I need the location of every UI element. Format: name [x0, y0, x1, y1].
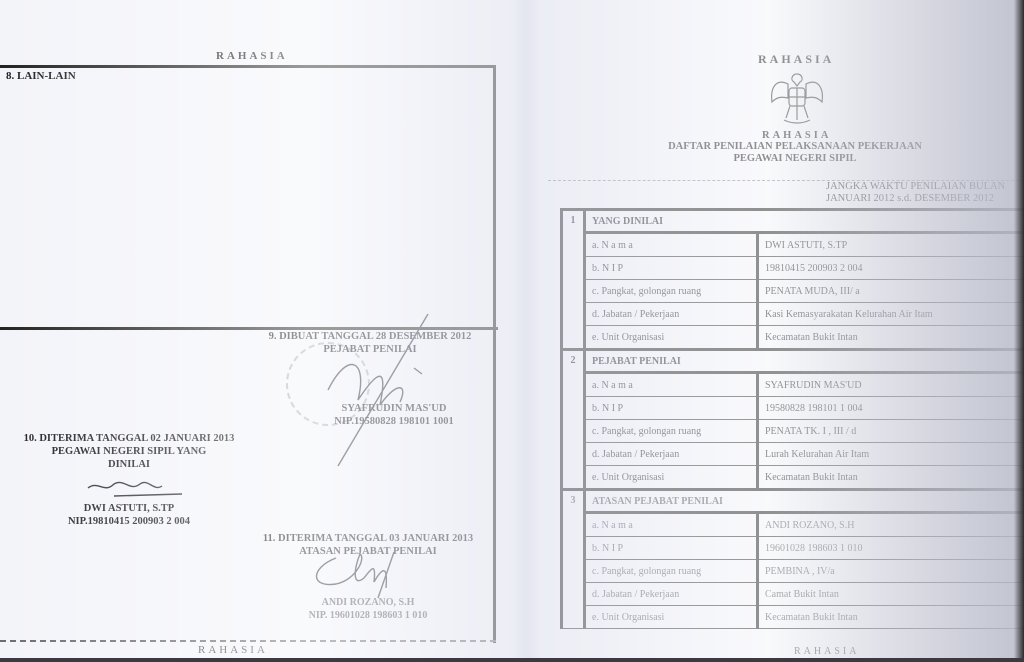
left-header-classification: RAHASIA [216, 50, 288, 62]
table-row: a. N a m aDWI ASTUTI, S.TP [562, 233, 1024, 257]
right-subheader-classification: RAHASIA [762, 130, 831, 141]
field-label: c. Pangkat, golongan ruang [585, 560, 758, 583]
field-label: e. Unit Organisasi [585, 466, 758, 490]
section-10-date: 10. DITERIMA TANGGAL 02 JANUARI 2013 [4, 432, 254, 445]
field-label: e. Unit Organisasi [585, 326, 758, 350]
table-row: b. N I P19810415 200903 2 004 [562, 257, 1024, 280]
section-number: 2 [562, 350, 585, 490]
field-label: d. Jabatan / Pekerjaan [585, 583, 758, 606]
section-10-heading: 10. DITERIMA TANGGAL 02 JANUARI 2013 PEG… [4, 432, 254, 471]
field-value: Kecamatan Bukit Intan [758, 326, 1024, 350]
field-value: Camat Bukit Intan [758, 583, 1024, 606]
field-label: e. Unit Organisasi [585, 606, 758, 629]
table-row: c. Pangkat, golongan ruangPENATA TK. I ,… [562, 420, 1024, 443]
garuda-emblem-icon [766, 68, 828, 128]
field-value: PENATA MUDA, III/ a [758, 280, 1024, 303]
field-value: SYAFRUDIN MAS'UD [758, 373, 1024, 397]
table-row: e. Unit OrganisasiKecamatan Bukit Intan [562, 466, 1024, 490]
document-title-line-1: DAFTAR PENILAIAN PELAKSANAAN PEKERJAAN [640, 141, 950, 153]
signature-pejabat-penilai [318, 310, 438, 470]
table-row: e. Unit OrganisasiKecamatan Bukit Intan [562, 326, 1024, 350]
period-label: JANGKA WAKTU PENILAIAN BULAN [826, 181, 1024, 193]
signer-nip: NIP.19580828 198101 1001 [300, 415, 488, 428]
section-9-signer: SYAFRUDIN MAS'UD NIP.19580828 198101 100… [300, 402, 488, 428]
bottom-border [0, 640, 496, 642]
field-value: 19810415 200903 2 004 [758, 257, 1024, 280]
field-value: Kecamatan Bukit Intan [758, 606, 1024, 629]
field-value: Lurah Kelurahan Air Itam [758, 443, 1024, 466]
signer-name: SYAFRUDIN MAS'UD [300, 402, 488, 415]
section-8-title: 8. LAIN-LAIN [6, 70, 76, 82]
section-11-date: 11. DITERIMA TANGGAL 03 JANUARI 2013 [246, 532, 490, 545]
signer-nip: NIP.19810415 200903 2 004 [4, 515, 254, 528]
field-label: a. N a m a [585, 513, 758, 537]
section-row: 2 PEJABAT PENILAI [562, 350, 1024, 373]
paper-fold [512, 0, 540, 662]
field-label: b. N I P [585, 397, 758, 420]
field-value: 19601028 198603 1 010 [758, 537, 1024, 560]
section-row: 1 YANG DINILAI [562, 210, 1024, 233]
signer-name: DWI ASTUTI, S.TP [4, 502, 254, 515]
scan-edge [0, 658, 1024, 662]
section-10-role-1: PEGAWAI NEGERI SIPIL YANG [4, 445, 254, 458]
table-row: b. N I P19601028 198603 1 010 [562, 537, 1024, 560]
right-header-classification: RAHASIA [758, 52, 834, 67]
section-10-signer: DWI ASTUTI, S.TP NIP.19810415 200903 2 0… [4, 502, 254, 528]
field-value: PEMBINA , IV/a [758, 560, 1024, 583]
section-title: ATASAN PEJABAT PENILAI [585, 490, 1024, 513]
field-label: b. N I P [585, 537, 758, 560]
document-title-line-2: PEGAWAI NEGERI SIPIL [640, 153, 950, 165]
field-label: c. Pangkat, golongan ruang [585, 420, 758, 443]
section-title: PEJABAT PENILAI [585, 350, 1024, 373]
section-row: 3 ATASAN PEJABAT PENILAI [562, 490, 1024, 513]
field-value: Kecamatan Bukit Intan [758, 466, 1024, 490]
field-value: PENATA TK. I , III / d [758, 420, 1024, 443]
left-footer-classification: RAHASIA [198, 644, 268, 656]
field-label: a. N a m a [585, 233, 758, 257]
field-value: DWI ASTUTI, S.TP [758, 233, 1024, 257]
signature-pegawai [84, 476, 184, 500]
field-value: 19580828 198101 1 004 [758, 397, 1024, 420]
table-row: a. N a m aANDI ROZANO, S.H [562, 513, 1024, 537]
table-row: d. Jabatan / PekerjaanCamat Bukit Intan [562, 583, 1024, 606]
table-row: b. N I P19580828 198101 1 004 [562, 397, 1024, 420]
section-number: 3 [562, 490, 585, 629]
field-label: a. N a m a [585, 373, 758, 397]
table-row: c. Pangkat, golongan ruangPEMBINA , IV/a [562, 560, 1024, 583]
field-label: d. Jabatan / Pekerjaan [585, 303, 758, 326]
section-number: 1 [562, 210, 585, 350]
signer-name: ANDI ROZANO, S.H [246, 596, 490, 609]
table-row: e. Unit OrganisasiKecamatan Bukit Intan [562, 606, 1024, 629]
document-title: DAFTAR PENILAIAN PELAKSANAAN PEKERJAAN P… [640, 141, 950, 165]
field-label: d. Jabatan / Pekerjaan [585, 443, 758, 466]
table-row: d. Jabatan / PekerjaanKasi Kemasyarakata… [562, 303, 1024, 326]
assessment-period: JANGKA WAKTU PENILAIAN BULAN JANUARI 201… [826, 181, 1024, 205]
evaluation-table: 1 YANG DINILAI a. N a m aDWI ASTUTI, S.T… [560, 208, 1024, 629]
section-10-role-2: DINILAI [4, 458, 254, 471]
signature-atasan [306, 548, 406, 600]
field-value: Kasi Kemasyarakatan Kelurahan Air Itam [758, 303, 1024, 326]
field-label: c. Pangkat, golongan ruang [585, 280, 758, 303]
table-row: d. Jabatan / PekerjaanLurah Kelurahan Ai… [562, 443, 1024, 466]
field-value: ANDI ROZANO, S.H [758, 513, 1024, 537]
period-range: JANUARI 2012 s.d. DESEMBER 2012 [826, 193, 1024, 205]
section-title: YANG DINILAI [585, 210, 1024, 233]
field-label: b. N I P [585, 257, 758, 280]
table-row: a. N a m aSYAFRUDIN MAS'UD [562, 373, 1024, 397]
right-footer-classification: RAHASIA [794, 646, 859, 657]
table-row: c. Pangkat, golongan ruangPENATA MUDA, I… [562, 280, 1024, 303]
section-11-signer: ANDI ROZANO, S.H NIP. 19601028 198603 1 … [246, 596, 490, 622]
signer-nip: NIP. 19601028 198603 1 010 [246, 609, 490, 622]
